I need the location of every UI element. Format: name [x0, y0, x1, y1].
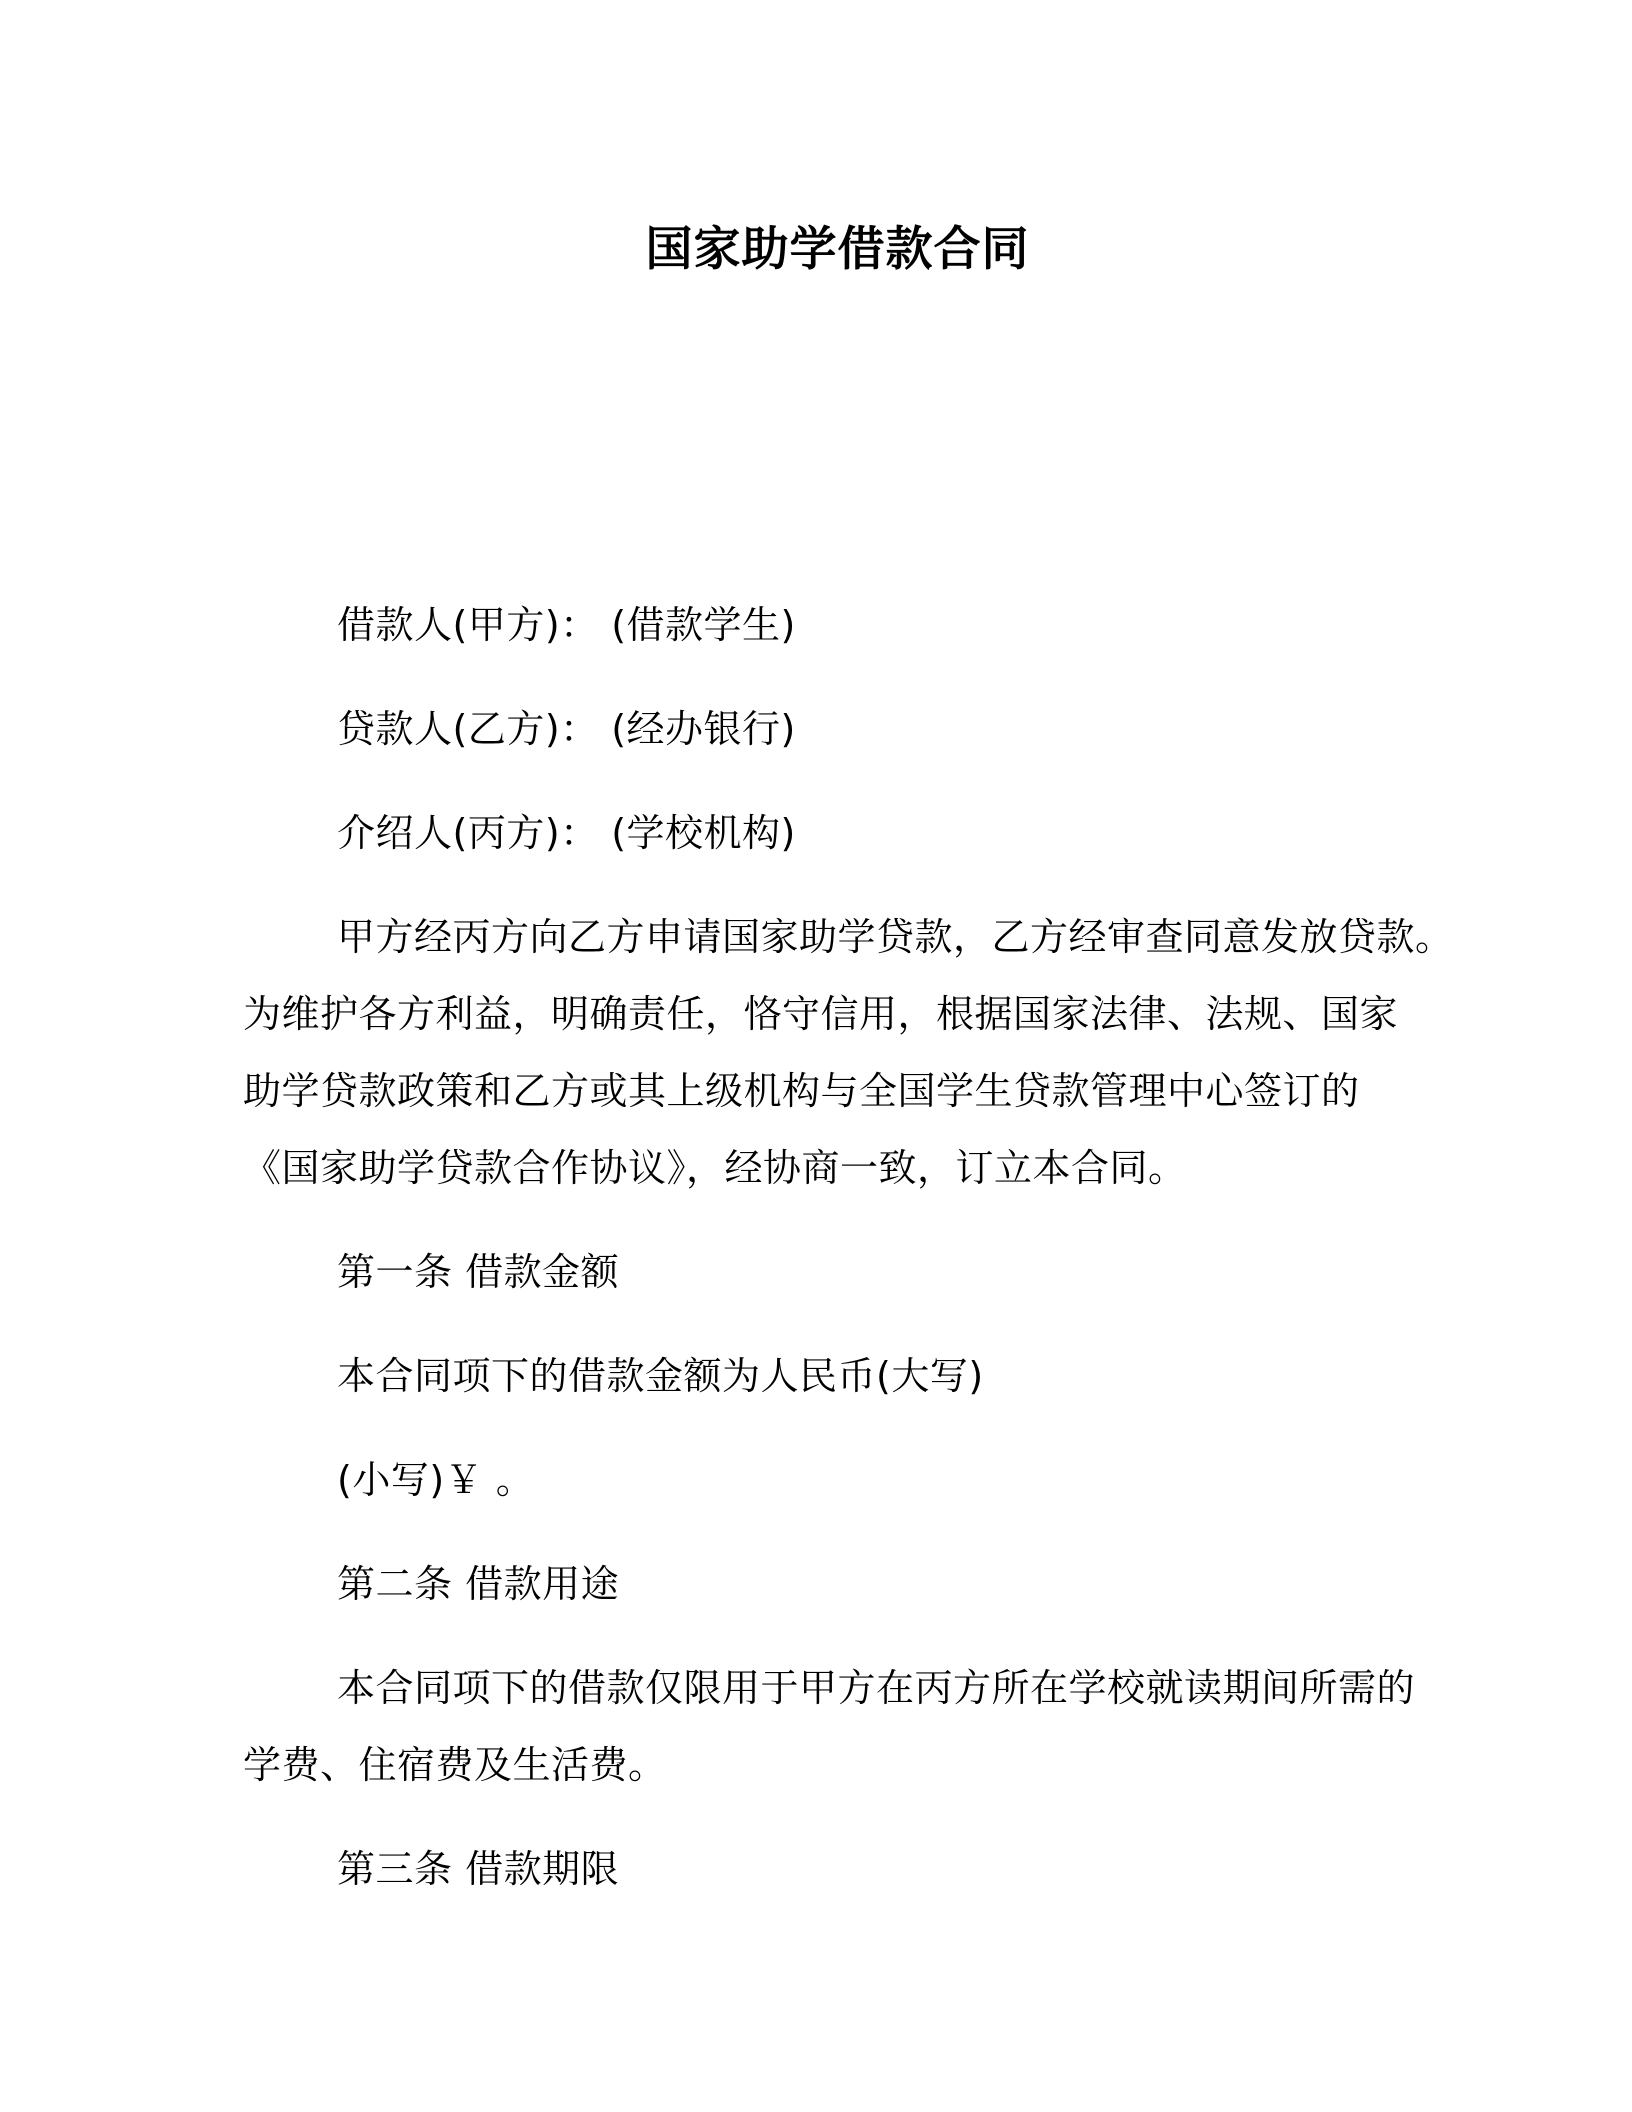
paragraph: 借款人(甲方)： (借款学生): [243, 587, 1432, 664]
paragraph-line: 学费、住宿费及生活费。: [243, 1727, 1432, 1804]
paragraph-line: 第三条 借款期限: [243, 1831, 1432, 1908]
paragraph-line: 为维护各方利益，明确责任，恪守信用，根据国家法律、法规、国家: [243, 976, 1432, 1053]
paragraph: 本合同项下的借款仅限用于甲方在丙方所在学校就读期间所需的学费、住宿费及生活费。: [243, 1650, 1432, 1804]
paragraph-line: 甲方经丙方向乙方申请国家助学贷款，乙方经审查同意发放贷款。: [243, 899, 1432, 976]
paragraph: 第一条 借款金额: [243, 1234, 1432, 1311]
paragraph: (小写)￥ 。: [243, 1442, 1432, 1519]
paragraph: 甲方经丙方向乙方申请国家助学贷款，乙方经审查同意发放贷款。为维护各方利益，明确责…: [243, 899, 1432, 1207]
paragraph-line: 本合同项下的借款金额为人民币(大写): [243, 1338, 1432, 1415]
paragraph-line: 介绍人(丙方)： (学校机构): [243, 795, 1432, 872]
paragraph-line: 助学贷款政策和乙方或其上级机构与全国学生贷款管理中心签订的: [243, 1053, 1432, 1130]
paragraph-line: 本合同项下的借款仅限用于甲方在丙方所在学校就读期间所需的: [243, 1650, 1432, 1727]
paragraph: 本合同项下的借款金额为人民币(大写): [243, 1338, 1432, 1415]
contract-document-page: 国家助学借款合同 借款人(甲方)： (借款学生)贷款人(乙方)： (经办银行)介…: [0, 0, 1632, 2112]
paragraph: 第三条 借款期限: [243, 1831, 1432, 1908]
paragraph-line: 第二条 借款用途: [243, 1546, 1432, 1623]
paragraph-line: (小写)￥ 。: [243, 1442, 1432, 1519]
paragraph-line: 《国家助学贷款合作协议》，经协商一致，订立本合同。: [243, 1130, 1432, 1207]
paragraph-line: 第一条 借款金额: [243, 1234, 1432, 1311]
document-title: 国家助学借款合同: [243, 220, 1432, 280]
paragraph: 第二条 借款用途: [243, 1546, 1432, 1623]
paragraph: 贷款人(乙方)： (经办银行): [243, 691, 1432, 768]
paragraph-line: 借款人(甲方)： (借款学生): [243, 587, 1432, 664]
paragraph: 介绍人(丙方)： (学校机构): [243, 795, 1432, 872]
document-body: 借款人(甲方)： (借款学生)贷款人(乙方)： (经办银行)介绍人(丙方)： (…: [243, 587, 1432, 1908]
paragraph-line: 贷款人(乙方)： (经办银行): [243, 691, 1432, 768]
